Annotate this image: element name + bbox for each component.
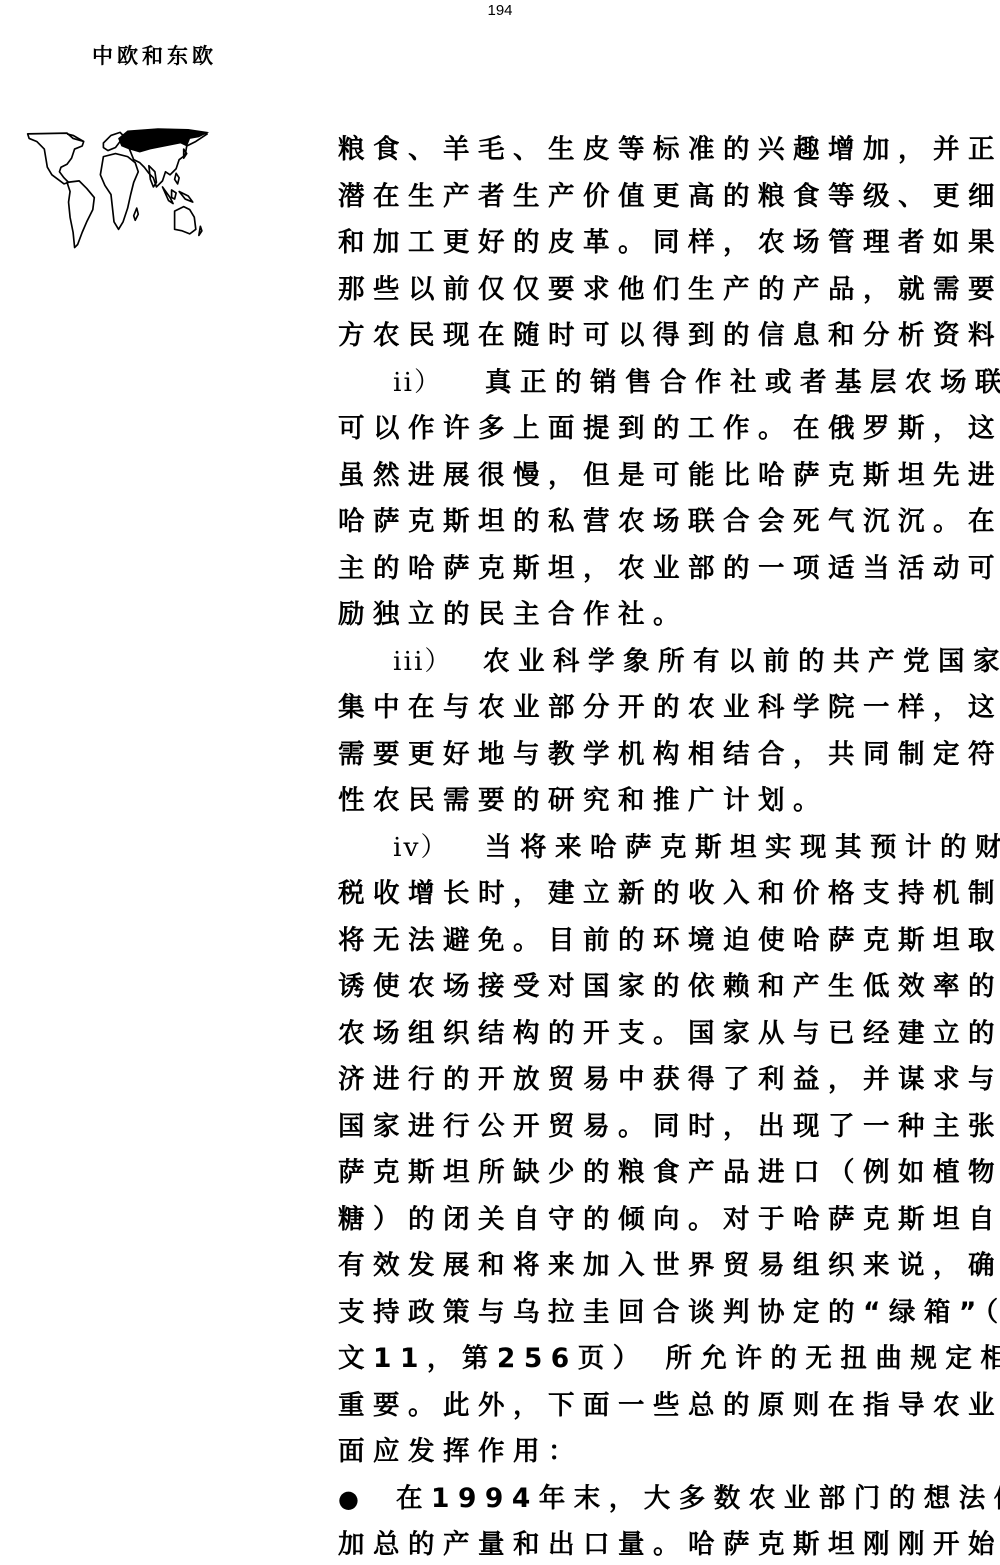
text-line: 在1994年末，大多数农业部门的想法仍然是增 <box>396 1483 1000 1514</box>
text-line: 重要。此外，下面一些总的原则在指导农业政策方 <box>338 1383 983 1430</box>
text-line: 有效发展和将来加入世界贸易组织来说，确保农业 <box>338 1243 983 1290</box>
text-line: 农业科学象所有以前的共产党国家一样， <box>483 646 1000 677</box>
text-line: 主的哈萨克斯坦，农业部的一项适当活动可能是鼓 <box>338 546 983 593</box>
text-line: 真正的销售合作社或者基层农场联合会 <box>485 367 1000 398</box>
list-item-ii: ii）真正的销售合作社或者基层农场联合会 <box>338 360 983 407</box>
bullet-icon: ● <box>338 1476 396 1523</box>
text-line: 粮食、羊毛、生皮等标准的兴趣增加，并正在引导 <box>338 127 983 174</box>
text-line: 方农民现在随时可以得到的信息和分析资料。 <box>338 313 983 360</box>
text-line: 加总的产量和出口量。哈萨克斯坦刚刚开始认识到， <box>338 1522 983 1565</box>
text-line: 税收增长时，建立新的收入和价格支持机制的压力 <box>338 871 983 918</box>
text-line: 诱使农场接受对国家的依赖和产生低效率的生产和 <box>338 964 983 1011</box>
text-line: 集中在与农业部分开的农业科学院一样，这些机构 <box>338 685 983 732</box>
bullet-item: ●在1994年末，大多数农业部门的想法仍然是增 <box>338 1476 983 1523</box>
text-line: 励独立的民主合作社。 <box>338 592 983 639</box>
text-line: 将无法避免。目前的环境迫使哈萨克斯坦取消那些 <box>338 918 983 965</box>
text-line: 糖）的闭关自守的倾向。对于哈萨克斯坦自己进行 <box>338 1197 983 1244</box>
text-line: 虽然进展很慢，但是可能比哈萨克斯坦先进，现在 <box>338 453 983 500</box>
list-marker: iv） <box>393 825 485 872</box>
text-line: 和加工更好的皮革。同样，农场管理者如果将销售 <box>338 220 983 267</box>
text-line: 农场组织结构的开支。国家从与已经建立的市场经 <box>338 1011 983 1058</box>
world-map-icon <box>14 112 264 277</box>
text-line: 潜在生产者生产价值更高的粮食等级、更细的羊毛 <box>338 174 983 221</box>
text-line: 那些以前仅仅要求他们生产的产品，就需要那些西 <box>338 267 983 314</box>
body-text: 粮食、羊毛、生皮等标准的兴趣增加，并正在引导 潜在生产者生产价值更高的粮食等级、… <box>338 127 983 1565</box>
text-line: 萨克斯坦所缺少的粮食产品进口（例如植物油和食 <box>338 1150 983 1197</box>
text-line: 国家进行公开贸易。同时，出现了一种主张减少哈 <box>338 1104 983 1151</box>
list-item-iii: iii）农业科学象所有以前的共产党国家一样， <box>338 639 983 686</box>
text-line: 需要更好地与教学机构相结合，共同制定符合商业 <box>338 732 983 779</box>
section-title: 中欧和东欧 <box>92 40 217 70</box>
list-marker: ii） <box>393 360 485 407</box>
text-line: 济进行的开放贸易中获得了利益，并谋求与独联体 <box>338 1057 983 1104</box>
text-line: 哈萨克斯坦的私营农场联合会死气沉沉。在一个民 <box>338 499 983 546</box>
text-line: 文11，第256页） 所允许的无扭曲规定相一致非常 <box>338 1336 983 1383</box>
text-line: 可以作许多上面提到的工作。在俄罗斯，这些工作 <box>338 406 983 453</box>
list-marker: iii） <box>393 639 483 686</box>
page-number: 194 <box>0 2 1000 19</box>
list-item-iv: iv）当将来哈萨克斯坦实现其预计的财富和 <box>338 825 983 872</box>
text-line: 当将来哈萨克斯坦实现其预计的财富和 <box>485 832 1000 863</box>
text-line: 支持政策与乌拉圭回合谈判协定的“绿箱”（见插 <box>338 1290 983 1337</box>
text-line: 性农民需要的研究和推广计划。 <box>338 778 983 825</box>
text-line: 面应发挥作用： <box>338 1429 983 1476</box>
